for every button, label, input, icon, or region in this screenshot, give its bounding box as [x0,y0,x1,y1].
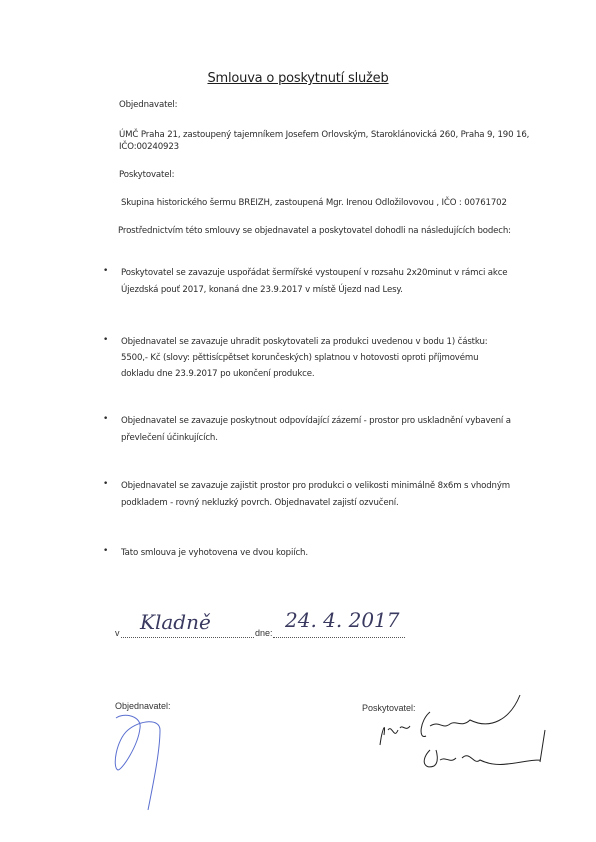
bullet-icon: • [103,414,108,424]
bullet-icon: • [103,335,108,345]
point-2-line-3: dokladu dne 23.9.2017 po ukončení produk… [121,368,314,381]
provider-label: Poskytovatel: [119,169,174,182]
client-details-line2: IČO:00240923 [119,141,179,154]
place-prefix: v [115,628,120,638]
date-handwritten: 24. 4. 2017 [285,608,400,632]
client-details-line1: ÚMČ Praha 21, zastoupený tajemníkem Jose… [119,129,529,142]
point-4-line-2: podkladem - rovný nekluzký povrch. Objed… [121,497,399,510]
bullet-icon: • [103,266,108,276]
place-handwritten: Kladně [140,610,211,634]
point-4-line-1: Objednavatel se zavazuje zajistit prosto… [121,480,510,493]
point-2-line-2: 5500,- Kč (slovy: pěttisícpětset korunče… [121,352,478,365]
bullet-icon: • [103,479,108,489]
date-prefix: dne: [255,628,273,638]
point-3-line-2: převlečení účinkujících. [121,432,218,445]
point-2-line-1: Objednavatel se zavazuje uhradit poskyto… [121,336,488,349]
point-3-line-1: Objednavatel se zavazuje poskytnout odpo… [121,415,511,428]
date-dotted-line [273,637,405,638]
point-1-line-2: Újezdská pouť 2017, konaná dne 23.9.2017… [121,284,403,297]
place-dotted-line [121,637,254,638]
intro-text: Prostřednictvím této smlouvy se objednav… [118,225,511,238]
client-signature-icon [110,710,170,810]
provider-signature-icon [370,690,550,790]
point-5-line-1: Tato smlouva je vyhotovena ve dvou kopií… [121,547,308,560]
document-title: Smlouva o poskytnutí služeb [0,71,596,86]
provider-details: Skupina historického šermu BREIZH, zasto… [121,197,507,210]
bullet-icon: • [103,546,108,556]
client-label: Objednavatel: [119,99,177,112]
point-1-line-1: Poskytovatel se zavazuje uspořádat šermí… [121,267,507,280]
